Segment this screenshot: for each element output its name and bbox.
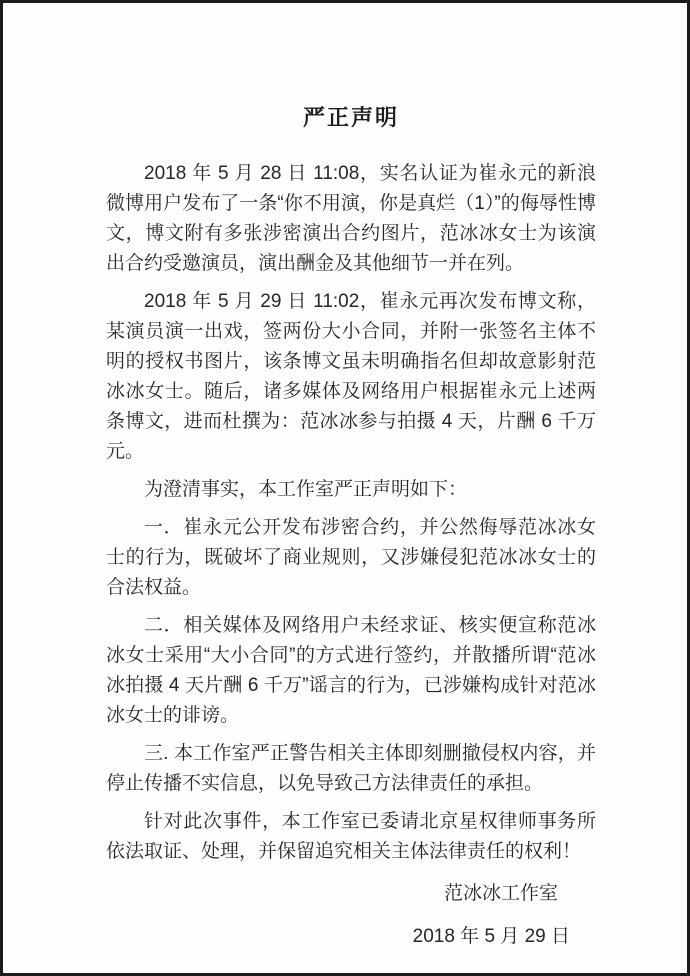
paragraph-point-3: 三. 本工作室严正警告相关主体即刻删撤侵权内容，并停止传播不实信息，以免导致己方… bbox=[106, 739, 596, 799]
paragraph-point-2: 二．相关媒体及网络用户未经求证、核实便宣称范冰冰女士采用“大小合同”的方式进行签… bbox=[106, 611, 596, 731]
paragraph-weibo-may-29: 2018 年 5 月 29 日 11:02，崔永元再次发布博文称，某演员演一出戏… bbox=[106, 287, 596, 467]
document-title: 严正声明 bbox=[106, 103, 596, 133]
paragraph-clarify-intro: 为澄清事实，本工作室严正声明如下： bbox=[106, 475, 596, 505]
document-page: 严正声明 2018 年 5 月 28 日 11:08，实名认证为崔永元的新浪微博… bbox=[0, 0, 690, 976]
paragraph-weibo-may-28: 2018 年 5 月 28 日 11:08，实名认证为崔永元的新浪微博用户发布了… bbox=[106, 159, 596, 279]
signature-name: 范冰冰工作室 bbox=[106, 879, 596, 909]
signature-block: 范冰冰工作室 2018 年 5 月 29 日 bbox=[106, 879, 596, 952]
paragraph-point-1: 一．崔永元公开发布涉密合约，并公然侮辱范冰冰女士的行为，既破坏了商业规则，又涉嫌… bbox=[106, 513, 596, 603]
statement-body: 严正声明 2018 年 5 月 28 日 11:08，实名认证为崔永元的新浪微博… bbox=[106, 3, 596, 952]
paragraph-legal-action: 针对此次事件，本工作室已委请北京星权律师事务所依法取证、处理，并保留追究相关主体… bbox=[106, 807, 596, 867]
signature-date: 2018 年 5 月 29 日 bbox=[106, 922, 596, 952]
